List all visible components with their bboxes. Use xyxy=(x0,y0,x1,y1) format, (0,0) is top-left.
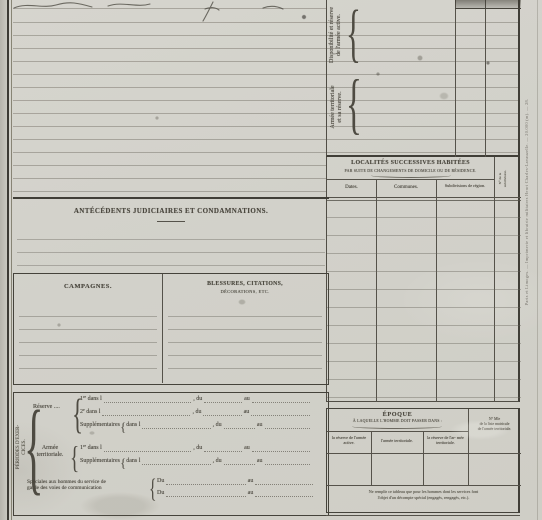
periode-row-speciales-1: Du au xyxy=(157,478,315,485)
divider xyxy=(327,179,494,180)
table-localites: LOCALITÉS SUCCESSIVES HABITÉES PAR SUITE… xyxy=(326,157,520,402)
supplementaires-label: Supplémentaires xyxy=(80,422,120,429)
binding-edge-dark xyxy=(7,0,9,520)
campagnes-lines xyxy=(19,304,157,378)
brace: { xyxy=(120,424,126,430)
campagnes-title: CAMPAGNES. xyxy=(14,283,162,290)
du-label: , du xyxy=(193,445,202,452)
row-text: dans l xyxy=(86,409,100,415)
fill-line xyxy=(252,445,310,452)
divider xyxy=(371,431,372,485)
du-label: , du xyxy=(213,458,222,465)
periode-row-reserve-suppl: Supplémentaires { dans l , du au xyxy=(80,422,312,429)
localites-body-rows xyxy=(327,200,521,400)
fill-line xyxy=(252,396,310,403)
printer-imprint: Paris et Limoges. — Imprimerie et librai… xyxy=(524,52,529,352)
col-header-dates: Dates. xyxy=(327,185,376,190)
du-label: , du xyxy=(213,422,222,429)
col-header-subdivisions: Subdivisions de région. xyxy=(436,183,494,188)
label-line: garde des voies de communication xyxy=(27,485,153,491)
label-disponibilite: Disponibilité et réserve de l'armée acti… xyxy=(329,2,342,68)
epoque-col-reserve-active: la réserve de l'armée active. xyxy=(328,435,370,445)
divider xyxy=(327,485,521,486)
au-label: au xyxy=(248,490,254,497)
antecedents-lines xyxy=(17,227,325,269)
table-campagnes-blessures: CAMPAGNES. BLESSURES, CITATIONS, DÉCORAT… xyxy=(13,273,329,385)
brace: { xyxy=(70,441,79,473)
du-label: Du xyxy=(157,490,164,497)
table-epoque: ÉPOQUE À LAQUELLE L'HOMME DOIT PASSER DA… xyxy=(326,408,520,513)
periode-row-speciales-2: Du au xyxy=(157,490,315,497)
row-sup: re xyxy=(83,443,86,448)
divider xyxy=(13,197,329,199)
fill-line xyxy=(251,409,310,416)
label-line: Disponibilité et réserve xyxy=(329,2,336,68)
epoque-col-numero-matricule: N° Mle de la liste matricule de l'armée … xyxy=(469,417,520,432)
brace: { xyxy=(120,460,126,466)
cutoff-header-cell xyxy=(455,0,485,9)
label-line: de l'armée territoriale. xyxy=(469,427,520,432)
periode-row-reserve-1: 1re dans l , du au xyxy=(80,395,312,403)
section-antecedents: ANTÉCÉDENTS JUDICIAIRES ET CONDAMNATIONS… xyxy=(13,197,329,273)
brace: { xyxy=(346,1,361,66)
fill-line xyxy=(224,422,255,429)
brace-horizontal xyxy=(352,424,442,429)
fill-line xyxy=(166,490,245,497)
periode-row-territoriale-1: 1re dans l , du au xyxy=(80,444,312,452)
label-line: subdivision. xyxy=(503,160,508,197)
cutoff-header-cell xyxy=(485,0,521,9)
fill-line xyxy=(166,478,245,485)
supplementaires-label: Supplémentaires xyxy=(80,458,120,465)
fill-line xyxy=(104,396,191,403)
fill-line xyxy=(203,409,241,416)
col-header-communes: Communes. xyxy=(376,185,436,190)
fill-line xyxy=(224,458,255,465)
au-label: au xyxy=(248,478,254,485)
brace: { xyxy=(346,71,362,138)
fill-line xyxy=(265,422,310,429)
row-sup: re xyxy=(83,394,86,399)
divider xyxy=(326,515,520,516)
periode-row-territoriale-suppl: Supplémentaires { dans l , du au xyxy=(80,458,312,465)
fill-line xyxy=(255,490,313,497)
handwriting-top xyxy=(8,0,308,24)
blessures-title-line1: BLESSURES, CITATIONS, xyxy=(163,281,327,287)
label-line: de l'armée active. xyxy=(336,2,343,68)
label-line: et sa réserve. xyxy=(337,74,344,140)
epoque-note: Ne remplir ce tableau que pour les homme… xyxy=(329,489,518,500)
speciales-label: Spéciales aux hommes du service de garde… xyxy=(27,479,153,491)
binding-edge-thin xyxy=(11,0,12,520)
antecedents-title: ANTÉCÉDENTS JUDICIAIRES ET CONDAMNATIONS… xyxy=(13,207,329,215)
epoque-title: ÉPOQUE xyxy=(327,411,468,418)
blessures-lines xyxy=(168,304,322,378)
divider xyxy=(423,431,424,485)
table-top-right: Disponibilité et réserve de l'armée acti… xyxy=(326,0,520,157)
brace-horizontal xyxy=(371,173,451,178)
fill-line xyxy=(142,458,210,465)
epoque-col-territoriale: l'armée territoriale. xyxy=(372,438,422,443)
epoque-col-reserve-territoriale: la réserve de l'ar- mée territoriale. xyxy=(424,435,467,445)
section-periodes: PÉRIODES D'EXER- CICES. { Réserve .... {… xyxy=(13,392,329,516)
matricule-form-page: Disponibilité et réserve de l'armée acti… xyxy=(0,0,542,520)
brace: { xyxy=(149,476,156,502)
armee-territoriale-label: Armée territoriale. xyxy=(28,445,72,458)
divider xyxy=(455,0,456,157)
label-line: territoriale. xyxy=(28,452,72,459)
au-label: au xyxy=(257,458,263,465)
fill-line xyxy=(142,422,210,429)
row-text: dans l xyxy=(88,396,102,402)
note-line: l'objet d'un décompte spécial (engagés, … xyxy=(329,495,518,501)
du-label: , du xyxy=(192,409,201,416)
au-label: au xyxy=(257,422,263,429)
divider xyxy=(327,453,521,454)
epoque-subtitle: À LAQUELLE L'HOMME DOIT PASSER DANS : xyxy=(327,419,468,423)
fill-line xyxy=(104,445,191,452)
reserve-label: Réserve .... xyxy=(33,404,60,410)
row-text: dans l xyxy=(88,445,102,451)
fill-line xyxy=(102,409,190,416)
localites-title: LOCALITÉS SUCCESSIVES HABITÉES xyxy=(327,160,494,166)
divider xyxy=(327,197,521,198)
row-sup: e xyxy=(83,407,85,412)
localites-side-note: N° de la subdivision. xyxy=(498,160,507,197)
title-underline xyxy=(157,221,185,222)
fill-line xyxy=(204,396,242,403)
label-armee-territoriale: Armée territoriale et sa réserve. xyxy=(330,74,343,140)
row-text: dans l xyxy=(126,458,140,465)
row-text: dans l xyxy=(126,422,140,429)
fill-line xyxy=(265,458,310,465)
divider xyxy=(485,0,486,157)
fill-line xyxy=(255,478,313,485)
blessures-title-line2: DÉCORATIONS, ETC. xyxy=(163,289,327,294)
ruled-area-top-left xyxy=(13,0,326,196)
au-label: au xyxy=(244,445,250,452)
au-label: au xyxy=(244,409,250,416)
periode-row-reserve-2: 2e dans l , du au xyxy=(80,408,312,416)
du-label: , du xyxy=(193,396,202,403)
page-right-edge xyxy=(537,0,538,520)
au-label: au xyxy=(244,396,250,403)
du-label: Du xyxy=(157,478,164,485)
divider xyxy=(468,409,469,485)
binding-shadow xyxy=(0,0,7,520)
fill-line xyxy=(204,445,242,452)
divider xyxy=(327,431,468,432)
